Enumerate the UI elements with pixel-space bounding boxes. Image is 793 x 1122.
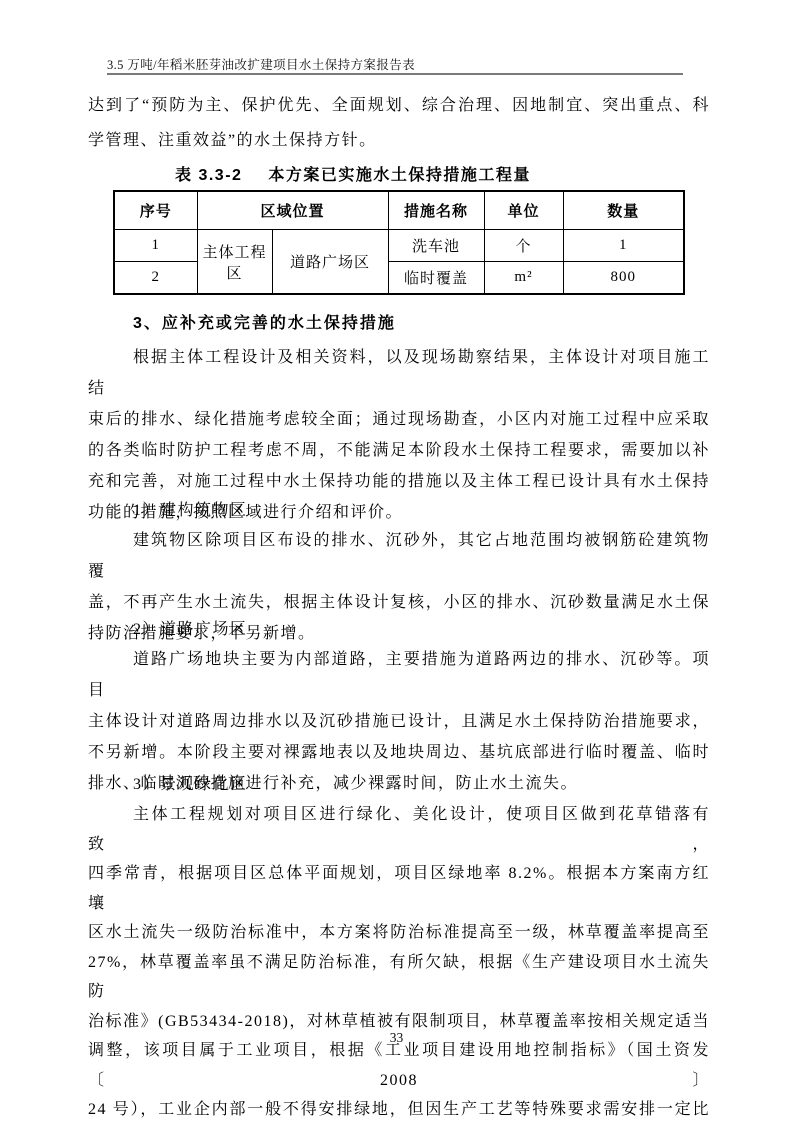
cell-unit: m² xyxy=(484,262,563,295)
text-line: 盖，不再产生水土流失，根据主体设计复核，小区的排水、沉砂数量满足水土保 xyxy=(88,587,710,618)
text-line: 道路广场地块主要为内部道路，主要措施为道路两边的排水、沉砂等。项目 xyxy=(88,644,710,706)
text-line: 区水土流失一级防治标准中，本方案将防治标准提高至一级，林草覆盖率提高至 xyxy=(88,918,710,948)
col-header-location: 区域位置 xyxy=(197,191,388,230)
text-line: 束后的排水、绿化措施考虑较全面；通过现场勘查，小区内对施工过程中应采取 xyxy=(88,404,710,435)
text-line: 建筑物区除项目区布设的排水、沉砂外，其它占地范围均被钢筋砼建筑物覆 xyxy=(88,525,710,587)
cell-measure: 洗车池 xyxy=(388,230,484,262)
col-header-qty: 数量 xyxy=(563,191,684,230)
page-number: 33 xyxy=(0,1030,793,1046)
cell-unit: 个 xyxy=(484,230,563,262)
measures-table: 序号 区域位置 措施名称 单位 数量 1 主体工程区 道路广场区 洗车池 个 1… xyxy=(113,190,685,295)
paragraph-landscape: 主体工程规划对项目区进行绿化、美化设计，使项目区做到花草错落有致，四季常青，根据… xyxy=(88,800,710,1122)
document-page: 3.5 万吨/年稻米胚芽油改扩建项目水土保持方案报告表 达到了“预防为主、保护优… xyxy=(0,0,793,1122)
text-line: 不另新增。本阶段主要对裸露地表以及地块周边、基坑底部进行临时覆盖、临时 xyxy=(88,737,710,768)
section-heading: 3、应补充或完善的水土保持措施 xyxy=(88,314,710,334)
cell-zone: 主体工程区 xyxy=(197,230,272,295)
table-caption: 表 3.3-2 本方案已实施水土保持措施工程量 xyxy=(88,166,710,186)
text-line: 主体设计对道路周边排水以及沉砂措施已设计，且满足水土保持防治措施要求， xyxy=(88,706,710,737)
header-rule xyxy=(107,73,683,75)
running-header: 3.5 万吨/年稻米胚芽油改扩建项目水土保持方案报告表 xyxy=(107,55,415,73)
text-line: 主体工程规划对项目区进行绿化、美化设计，使项目区做到花草错落有致， xyxy=(88,800,710,859)
col-header-measure: 措施名称 xyxy=(388,191,484,230)
col-header-unit: 单位 xyxy=(484,191,563,230)
table-caption-label: 表 3.3-2 xyxy=(175,166,242,186)
text-line: 的各类临时防护工程考虑不周，不能满足本阶段水土保持工程要求，需要加以补 xyxy=(88,435,710,466)
text-line: 24 号），工业企内部一般不得安排绿地，但因生产工艺等特殊要求需安排一定比 xyxy=(88,1095,710,1122)
cell-no: 1 xyxy=(114,230,197,262)
text-line: 学管理、注重效益”的水土保持方针。 xyxy=(88,123,710,158)
text-line: 根据主体工程设计及相关资料，以及现场勘察结果，主体设计对项目施工结 xyxy=(88,342,710,404)
text-line: 充和完善，对施工过程中水土保持功能的措施以及主体工程已设计具有水土保持 xyxy=(88,466,710,497)
table-caption-title: 本方案已实施水土保持措施工程量 xyxy=(268,166,531,186)
paragraph-intro: 达到了“预防为主、保护优先、全面规划、综合治理、因地制宜、突出重点、科学管理、注… xyxy=(88,88,710,158)
cell-subzone: 道路广场区 xyxy=(272,230,388,295)
text-line: 四季常青，根据项目区总体平面规划，项目区绿地率 8.2%。根据本方案南方红壤 xyxy=(88,859,710,918)
text-line: 27%，林草覆盖率虽不满足防治标准，有所欠缺，根据《生产建设项目水土流失防 xyxy=(88,948,710,1007)
subsection-heading-roads: 2）道路广场区 xyxy=(88,620,710,640)
subsection-heading-landscape: 3）景观绿化区 xyxy=(88,775,710,795)
cell-qty: 1 xyxy=(563,230,684,262)
cell-measure: 临时覆盖 xyxy=(388,262,484,295)
cell-qty: 800 xyxy=(563,262,684,295)
table-row: 1 主体工程区 道路广场区 洗车池 个 1 xyxy=(114,230,684,262)
text-line: 达到了“预防为主、保护优先、全面规划、综合治理、因地制宜、突出重点、科 xyxy=(88,88,710,123)
subsection-heading-buildings: 1）建构筑物区 xyxy=(88,501,710,521)
cell-no: 2 xyxy=(114,262,197,295)
table-header-row: 序号 区域位置 措施名称 单位 数量 xyxy=(114,191,684,230)
col-header-no: 序号 xyxy=(114,191,197,230)
